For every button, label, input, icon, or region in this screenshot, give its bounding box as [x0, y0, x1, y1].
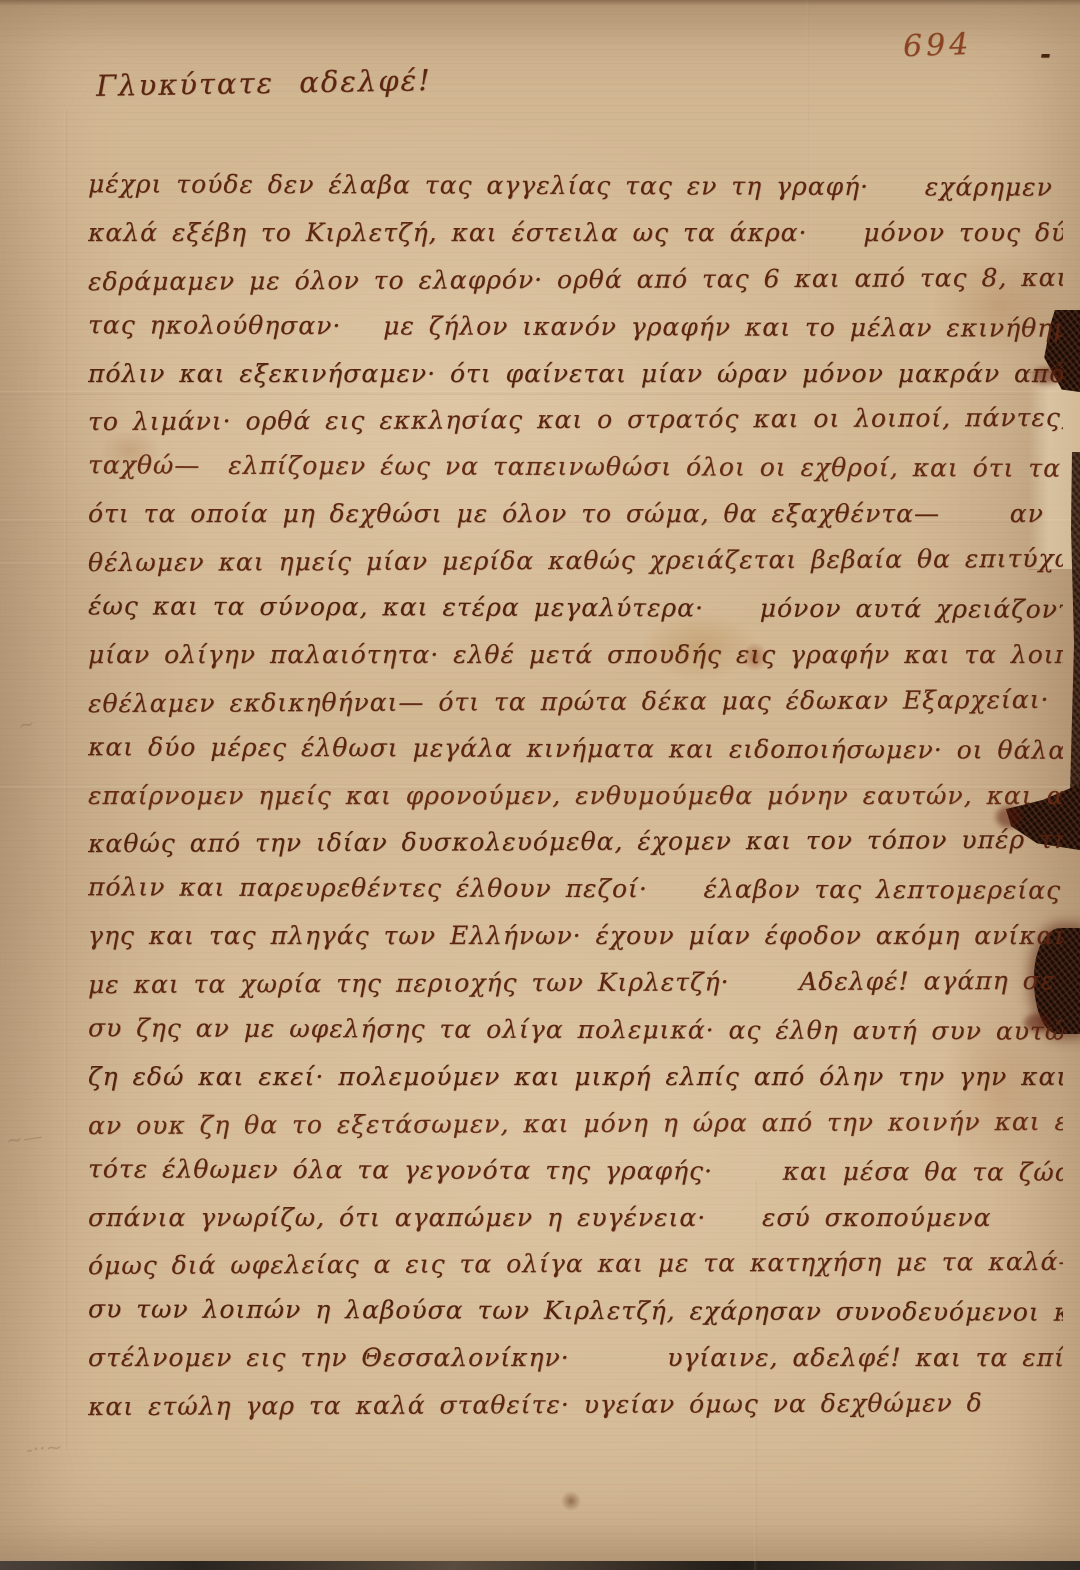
- handwritten-line: το λιμάνι· ορθά εις εκκλησίας και ο στρα…: [88, 395, 1063, 446]
- stain: [560, 1490, 582, 1512]
- handwritten-line: επαίρνομεν ημείς και φρονούμεν, ενθυμούμ…: [88, 773, 1063, 820]
- handwritten-line: ότι τα οποία μη δεχθώσι με όλον το σώμα,…: [88, 491, 1063, 538]
- page-number: 694: [902, 27, 972, 64]
- handwritten-line: καλά εξέβη το Κιρλετζή, και έστειλα ως τ…: [88, 210, 1063, 257]
- handwritten-line: έως και τα σύνορα, και ετέρα μεγαλύτερα·…: [88, 583, 1063, 633]
- handwritten-line: πόλιν και εξεκινήσαμεν· ότι φαίνεται μία…: [88, 351, 1063, 398]
- handwritten-line: ζη εδώ και εκεί· πολεμούμεν και μικρή ελ…: [88, 1054, 1063, 1101]
- ink-showthrough-mark: ~—: [5, 1124, 45, 1153]
- handwritten-line: αν ουκ ζη θα το εξετάσωμεν, και μόνη η ώ…: [88, 1099, 1063, 1150]
- handwritten-line: συ ζης αν με ωφελήσης τα ολίγα πολεμικά·…: [88, 1005, 1063, 1055]
- handwritten-line: και ετώλη γαρ τα καλά σταθείτε· υγείαν ό…: [88, 1380, 1063, 1431]
- handwritten-line: μέχρι τούδε δεν έλαβα τας αγγελίας τας ε…: [88, 163, 1063, 212]
- handwritten-line: ταχθώ— ελπίζομεν έως να ταπεινωθώσι όλοι…: [88, 443, 1063, 493]
- salutation-line: Γλυκύτατε αδελφέ!: [96, 63, 432, 103]
- handwritten-line: στέλνομεν εις την Θεσσαλονίκην· υγίαινε,…: [88, 1335, 1063, 1382]
- handwritten-line: μίαν ολίγην παλαιότητα· ελθέ μετά σπουδή…: [88, 632, 1063, 679]
- handwritten-line: τας ηκολούθησαν· με ζήλον ικανόν γραφήν …: [88, 302, 1063, 352]
- letter-body: μέχρι τούδε δεν έλαβα τας αγγελίας τας ε…: [88, 163, 1063, 1453]
- handwritten-line: συ των λοιπών η λαβούσα των Κιρλετζή, εχ…: [88, 1287, 1063, 1337]
- binding-cloth-fragment: [1070, 452, 1080, 800]
- handwritten-line: τότε έλθωμεν όλα τα γεγονότα της γραφής·…: [88, 1146, 1063, 1196]
- handwritten-line: εθέλαμεν εκδικηθήναι— ότι τα πρώτα δέκα …: [88, 677, 1063, 728]
- fold-crease-vertical: [64, 110, 67, 1450]
- handwritten-line: θέλωμεν και ημείς μίαν μερίδα καθώς χρει…: [88, 536, 1063, 587]
- manuscript-page: ~ ~— -··~ 694 - Γλυκύτατε αδελφέ! μέχρι …: [0, 0, 1080, 1570]
- ink-showthrough-mark: ~: [16, 711, 37, 738]
- handwritten-line: όμως διά ωφελείας α εις τα ολίγα και με …: [88, 1239, 1063, 1290]
- corner-dash-mark: -: [1040, 40, 1051, 70]
- handwritten-line: με και τα χωρία της περιοχής των Κιρλετζ…: [88, 958, 1063, 1009]
- handwritten-line: γης και τας πληγάς των Ελλήνων· έχουν μί…: [88, 913, 1063, 960]
- handwritten-line: και δύο μέρες έλθωσι μεγάλα κινήματα και…: [88, 724, 1063, 774]
- scan-bottom-edge: [0, 1561, 1080, 1570]
- handwritten-line: εδράμαμεν με όλον το ελαφρόν· ορθά από τ…: [88, 255, 1063, 306]
- handwritten-line: σπάνια γνωρίζω, ότι αγαπώμεν η ευγένεια·…: [88, 1195, 1063, 1242]
- handwritten-line: πόλιν και παρευρεθέντες έλθουν πεζοί· έλ…: [88, 865, 1063, 915]
- paper-top-edge: [0, 0, 1080, 6]
- ink-showthrough-mark: -··~: [25, 1434, 63, 1461]
- handwritten-line: καθώς από την ιδίαν δυσκολευόμεθα, έχομε…: [88, 817, 1063, 868]
